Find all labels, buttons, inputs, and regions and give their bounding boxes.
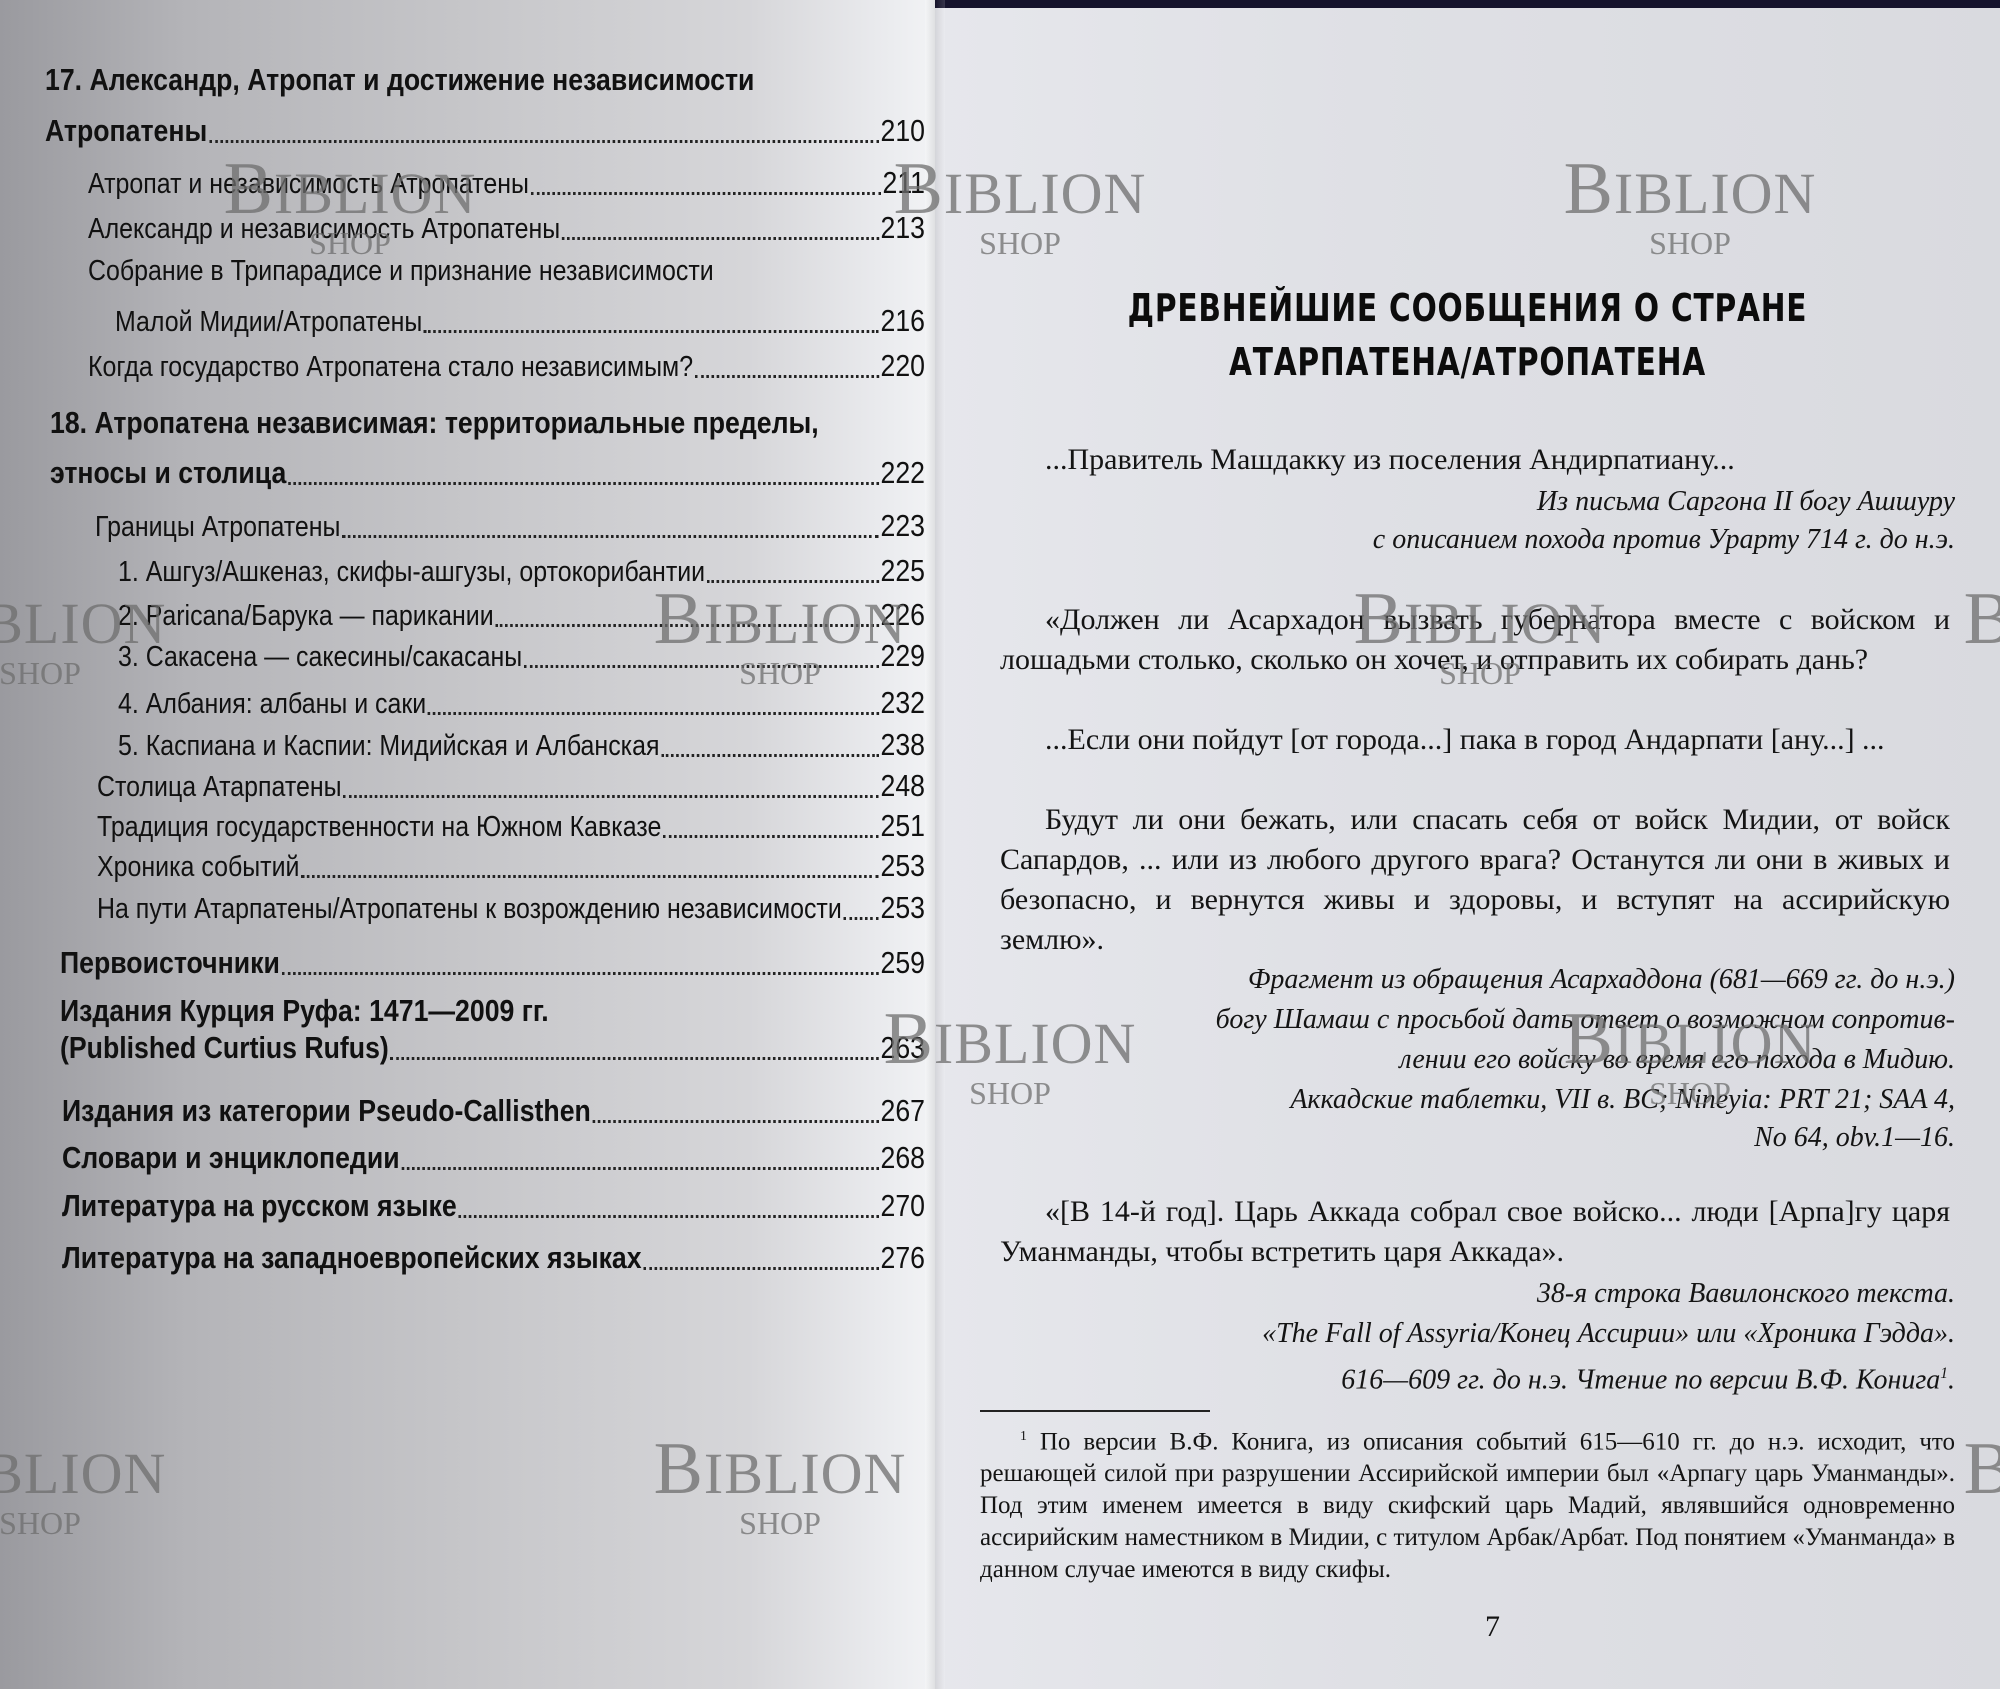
epigraph-2-citation-5: No 64, obv.1—16. <box>1005 1118 1955 1158</box>
toc-page-number: 238 <box>880 727 924 763</box>
toc-entry[interactable]: Традиция государственности на Южном Кавк… <box>97 808 925 844</box>
toc-entry-title: Столица Атарпатены <box>97 771 342 804</box>
toc-page-number: 270 <box>881 1188 925 1224</box>
toc-page-number: 223 <box>881 508 925 544</box>
epigraph-2-citation-4: Аккадские таблетки, VII в. BC; Nineyia: … <box>1005 1080 1955 1120</box>
footnote-text: По версии В.Ф. Конига, из описания событ… <box>980 1428 1955 1583</box>
toc-leader-dots <box>428 712 879 715</box>
toc-page-number: 268 <box>881 1140 925 1176</box>
toc-page-number: 276 <box>881 1240 925 1276</box>
toc-entry[interactable]: Александр и независимость Атропатены213 <box>88 210 925 246</box>
toc-page-number: 253 <box>881 890 925 926</box>
toc-leader-dots <box>282 972 879 975</box>
footnote: 1 По версии В.Ф. Конига, из описания соб… <box>980 1420 1955 1586</box>
toc-entry[interactable]: 4. Албания: албаны и саки232 <box>118 685 925 721</box>
book-gutter <box>925 0 945 1689</box>
chapter-heading-line-2: АТАРПАТЕНА/АТРОПАТЕНА <box>1052 340 1883 384</box>
toc-entry-title: Атропатены <box>45 113 207 149</box>
toc-entry[interactable]: этносы и столица222 <box>50 455 925 491</box>
toc-entry[interactable]: Когда государство Атропатена стало незав… <box>88 348 925 384</box>
toc-page-number: 222 <box>881 455 925 491</box>
toc-leader-dots <box>288 482 879 485</box>
toc-entry-title: этносы и столица <box>50 455 286 491</box>
toc-leader-dots <box>343 795 878 798</box>
toc-entry[interactable]: На пути Атарпатены/Атропатены к возрожде… <box>97 890 925 926</box>
toc-page-number: 225 <box>880 553 924 589</box>
toc-leader-dots <box>643 1267 878 1270</box>
epigraph-3-citation-3-text: 616—609 гг. до н.э. Чтение по версии В.Ф… <box>1341 1364 1940 1395</box>
toc-entry-title: 2. Paricana/Барука — парикании <box>118 600 494 633</box>
epigraph-2-paragraph-1: «Должен ли Асархадон вызвать губернатора… <box>1000 600 1950 680</box>
footnote-marker: 1 <box>1020 1428 1027 1443</box>
toc-leader-dots <box>209 140 879 143</box>
toc-leader-dots <box>458 1215 878 1218</box>
toc-page-number: 232 <box>880 685 924 721</box>
footnote-reference[interactable]: 1 <box>1940 1365 1948 1382</box>
toc-leader-dots <box>661 754 879 757</box>
book-spread: 17. Александр, Атропат и достижение неза… <box>0 0 2000 1689</box>
epigraph-2-paragraph-2: ...Если они пойдут [от города...] пака в… <box>1000 720 1950 760</box>
toc-page-number: 229 <box>880 638 924 674</box>
toc-page-number: 220 <box>881 348 925 384</box>
epigraph-2-citation-1: Фрагмент из обращения Асархаддона (681—6… <box>1005 960 1955 1000</box>
epigraph-1-quote: ...Правитель Машдакку из поселения Андир… <box>1045 440 1945 480</box>
toc-page-number: 253 <box>881 848 925 884</box>
toc-leader-dots <box>593 1120 879 1123</box>
toc-entry[interactable]: Издания из категории Pseudo-Callisthen26… <box>62 1093 925 1129</box>
toc-page-number: 211 <box>882 165 925 201</box>
toc-entry-line: Издания Курция Руфа: 1471—2009 гг. <box>60 993 549 1029</box>
toc-entry-title: 1. Ашгуз/Ашкеназ, скифы-ашгузы, ортокори… <box>118 556 705 589</box>
toc-entry[interactable]: Первоисточники259 <box>60 945 925 981</box>
toc-leader-dots <box>495 624 878 627</box>
toc-entry-title: Издания из категории Pseudo-Callisthen <box>62 1093 591 1129</box>
epigraph-2-paragraph-3: Будут ли они бежать, или спасать себя от… <box>1000 800 1950 960</box>
toc-page-number: 251 <box>881 808 925 844</box>
left-page-toc: 17. Александр, Атропат и достижение неза… <box>0 0 935 1689</box>
epigraph-2-citation-3: лении его войску во время его похода в М… <box>1005 1040 1955 1080</box>
toc-entry[interactable]: Атропатены210 <box>45 113 925 149</box>
toc-entry-title: 4. Албания: албаны и саки <box>118 688 426 721</box>
toc-leader-dots <box>391 1057 879 1060</box>
toc-leader-dots <box>663 835 879 838</box>
page-number: 7 <box>1485 1610 1500 1644</box>
toc-leader-dots <box>531 192 881 195</box>
toc-entry-title: 3. Сакасена — сакесины/сакасаны <box>118 641 522 674</box>
chapter-heading-line-1: ДРЕВНЕЙШИЕ СООБЩЕНИЯ О СТРАНЕ <box>1052 286 1883 330</box>
toc-entry-title: Литература на западноевропейских языках <box>62 1240 642 1276</box>
toc-entry-title: Хроника событий <box>97 851 299 884</box>
toc-entry-title: Атропат и независимость Атропатены <box>88 168 529 201</box>
toc-entry[interactable]: Хроника событий253 <box>97 848 925 884</box>
toc-entry-title: Когда государство Атропатена стало незав… <box>88 351 693 384</box>
right-page: ДРЕВНЕЙШИЕ СООБЩЕНИЯ О СТРАНЕ АТАРПАТЕНА… <box>935 8 2000 1689</box>
toc-entry[interactable]: 1. Ашгуз/Ашкеназ, скифы-ашгузы, ортокори… <box>118 553 925 589</box>
toc-leader-dots <box>342 535 879 538</box>
toc-entry-title: На пути Атарпатены/Атропатены к возрожде… <box>97 893 842 926</box>
toc-entry[interactable]: Атропат и независимость Атропатены211 <box>88 165 925 201</box>
toc-entry-title: Традиция государственности на Южном Кавк… <box>97 811 661 844</box>
toc-entry[interactable]: (Published Curtius Rufus)263 <box>60 1030 925 1066</box>
footnote-divider <box>980 1410 1210 1412</box>
toc-leader-dots <box>844 917 879 920</box>
toc-entry-title: Александр и независимость Атропатены <box>88 213 560 246</box>
toc-leader-dots <box>695 375 879 378</box>
toc-entry-line: 18. Атропатена независимая: территориаль… <box>50 405 819 441</box>
toc-entry-title: (Published Curtius Rufus) <box>60 1030 389 1066</box>
toc-entry[interactable]: 3. Сакасена — сакесины/сакасаны229 <box>118 638 925 674</box>
toc-entry-title: Литература на русском языке <box>62 1188 457 1224</box>
toc-entry[interactable]: 2. Paricana/Барука — парикании226 <box>118 597 925 633</box>
epigraph-3-quote: «[В 14-й год]. Царь Аккада собрал свое в… <box>1000 1192 1950 1272</box>
toc-leader-dots <box>707 580 879 583</box>
toc-entry-line: 17. Александр, Атропат и достижение неза… <box>45 62 754 98</box>
toc-entry[interactable]: Литература на русском языке270 <box>62 1188 925 1224</box>
toc-entry[interactable]: Словари и энциклопедии268 <box>62 1140 925 1176</box>
toc-entry[interactable]: Литература на западноевропейских языках2… <box>62 1240 925 1276</box>
toc-page-number: 248 <box>881 768 925 804</box>
toc-page-number: 259 <box>881 945 925 981</box>
toc-entry[interactable]: Границы Атропатены223 <box>95 508 925 544</box>
toc-entry-title: 5. Каспиана и Каспии: Мидийская и Албанс… <box>118 730 660 763</box>
epigraph-1-citation-2: с описанием похода против Урарту 714 г. … <box>1055 520 1955 560</box>
toc-page-number: 210 <box>881 113 925 149</box>
toc-entry[interactable]: Малой Мидии/Атропатены216 <box>115 303 925 339</box>
toc-page-number: 216 <box>881 303 925 339</box>
toc-entry[interactable]: Столица Атарпатены248 <box>97 768 925 804</box>
toc-entry-title: Первоисточники <box>60 945 280 981</box>
toc-entry-title: Границы Атропатены <box>95 511 340 544</box>
toc-entry-title: Словари и энциклопедии <box>62 1140 400 1176</box>
toc-leader-dots <box>301 875 879 878</box>
epigraph-2-citation-2: богу Шамаш с просьбой дать ответ о возмо… <box>1005 1000 1955 1040</box>
toc-page-number: 263 <box>881 1030 925 1066</box>
toc-entry[interactable]: 5. Каспиана и Каспии: Мидийская и Албанс… <box>118 727 925 763</box>
epigraph-1-citation-1: Из письма Саргона II богу Ашшуру <box>1055 482 1955 522</box>
epigraph-3-citation-1: 38-я строка Вавилонского текста. <box>1005 1274 1955 1314</box>
toc-leader-dots <box>401 1167 878 1170</box>
toc-page-number: 267 <box>881 1093 925 1129</box>
toc-leader-dots <box>562 237 879 240</box>
toc-entry-title: Малой Мидии/Атропатены <box>115 306 422 339</box>
epigraph-3-citation-2: «The Fall of Assyria/Конец Ассирии» или … <box>1005 1314 1955 1354</box>
toc-entry-line: Собрание в Трипарадисе и признание незав… <box>88 255 714 288</box>
toc-page-number: 213 <box>881 210 925 246</box>
toc-leader-dots <box>524 665 879 668</box>
epigraph-3-citation-3: 616—609 гг. до н.э. Чтение по версии В.Ф… <box>1005 1354 1955 1400</box>
toc-page-number: 226 <box>880 597 924 633</box>
toc-leader-dots <box>424 330 879 333</box>
